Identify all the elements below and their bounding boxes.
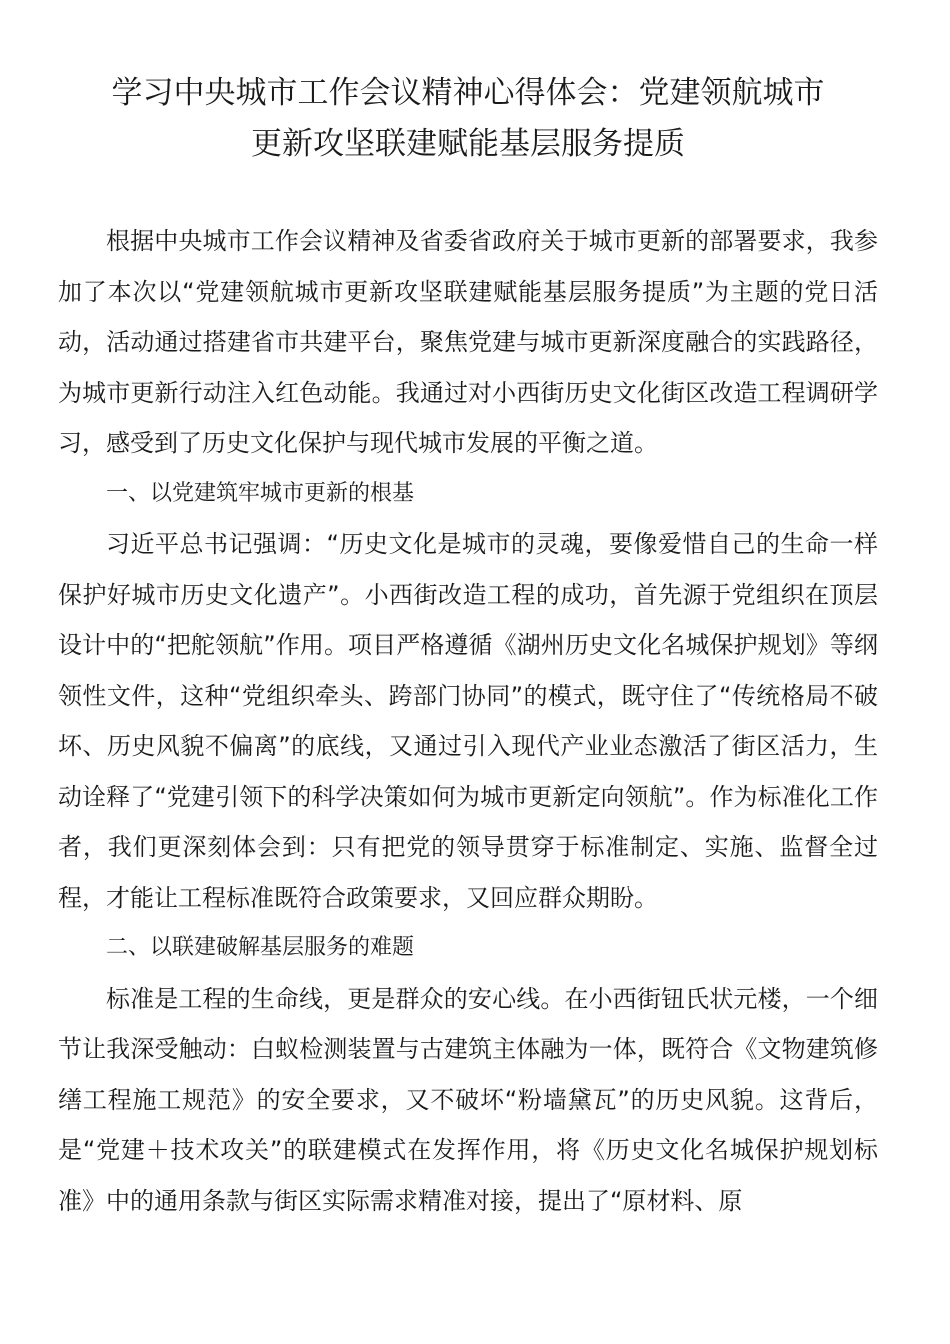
document-page: 学习中央城市工作会议精神心得体会：党建领航城市 更新攻坚联建赋能基层服务提质 根… xyxy=(58,0,878,1226)
document-title: 学习中央城市工作会议精神心得体会：党建领航城市 更新攻坚联建赋能基层服务提质 xyxy=(58,0,878,170)
document-title-line-2: 更新攻坚联建赋能基层服务提质 xyxy=(58,119,878,170)
section-heading-2: 二、以联建破解基层服务的难题 xyxy=(58,923,878,974)
intro-paragraph: 根据中央城市工作会议精神及省委省政府关于城市更新的部署要求，我参加了本次以“党建… xyxy=(58,216,878,469)
document-title-line-1: 学习中央城市工作会议精神心得体会：党建领航城市 xyxy=(58,68,878,119)
document-body: 根据中央城市工作会议精神及省委省政府关于城市更新的部署要求，我参加了本次以“党建… xyxy=(58,216,878,1226)
section-heading-1: 一、以党建筑牢城市更新的根基 xyxy=(58,469,878,520)
section-1-paragraph: 习近平总书记强调：“历史文化是城市的灵魂，要像爱惜自己的生命一样保护好城市历史文… xyxy=(58,519,878,923)
section-2-paragraph: 标准是工程的生命线，更是群众的安心线。在小西街钮氏状元楼，一个细节让我深受触动：… xyxy=(58,974,878,1227)
